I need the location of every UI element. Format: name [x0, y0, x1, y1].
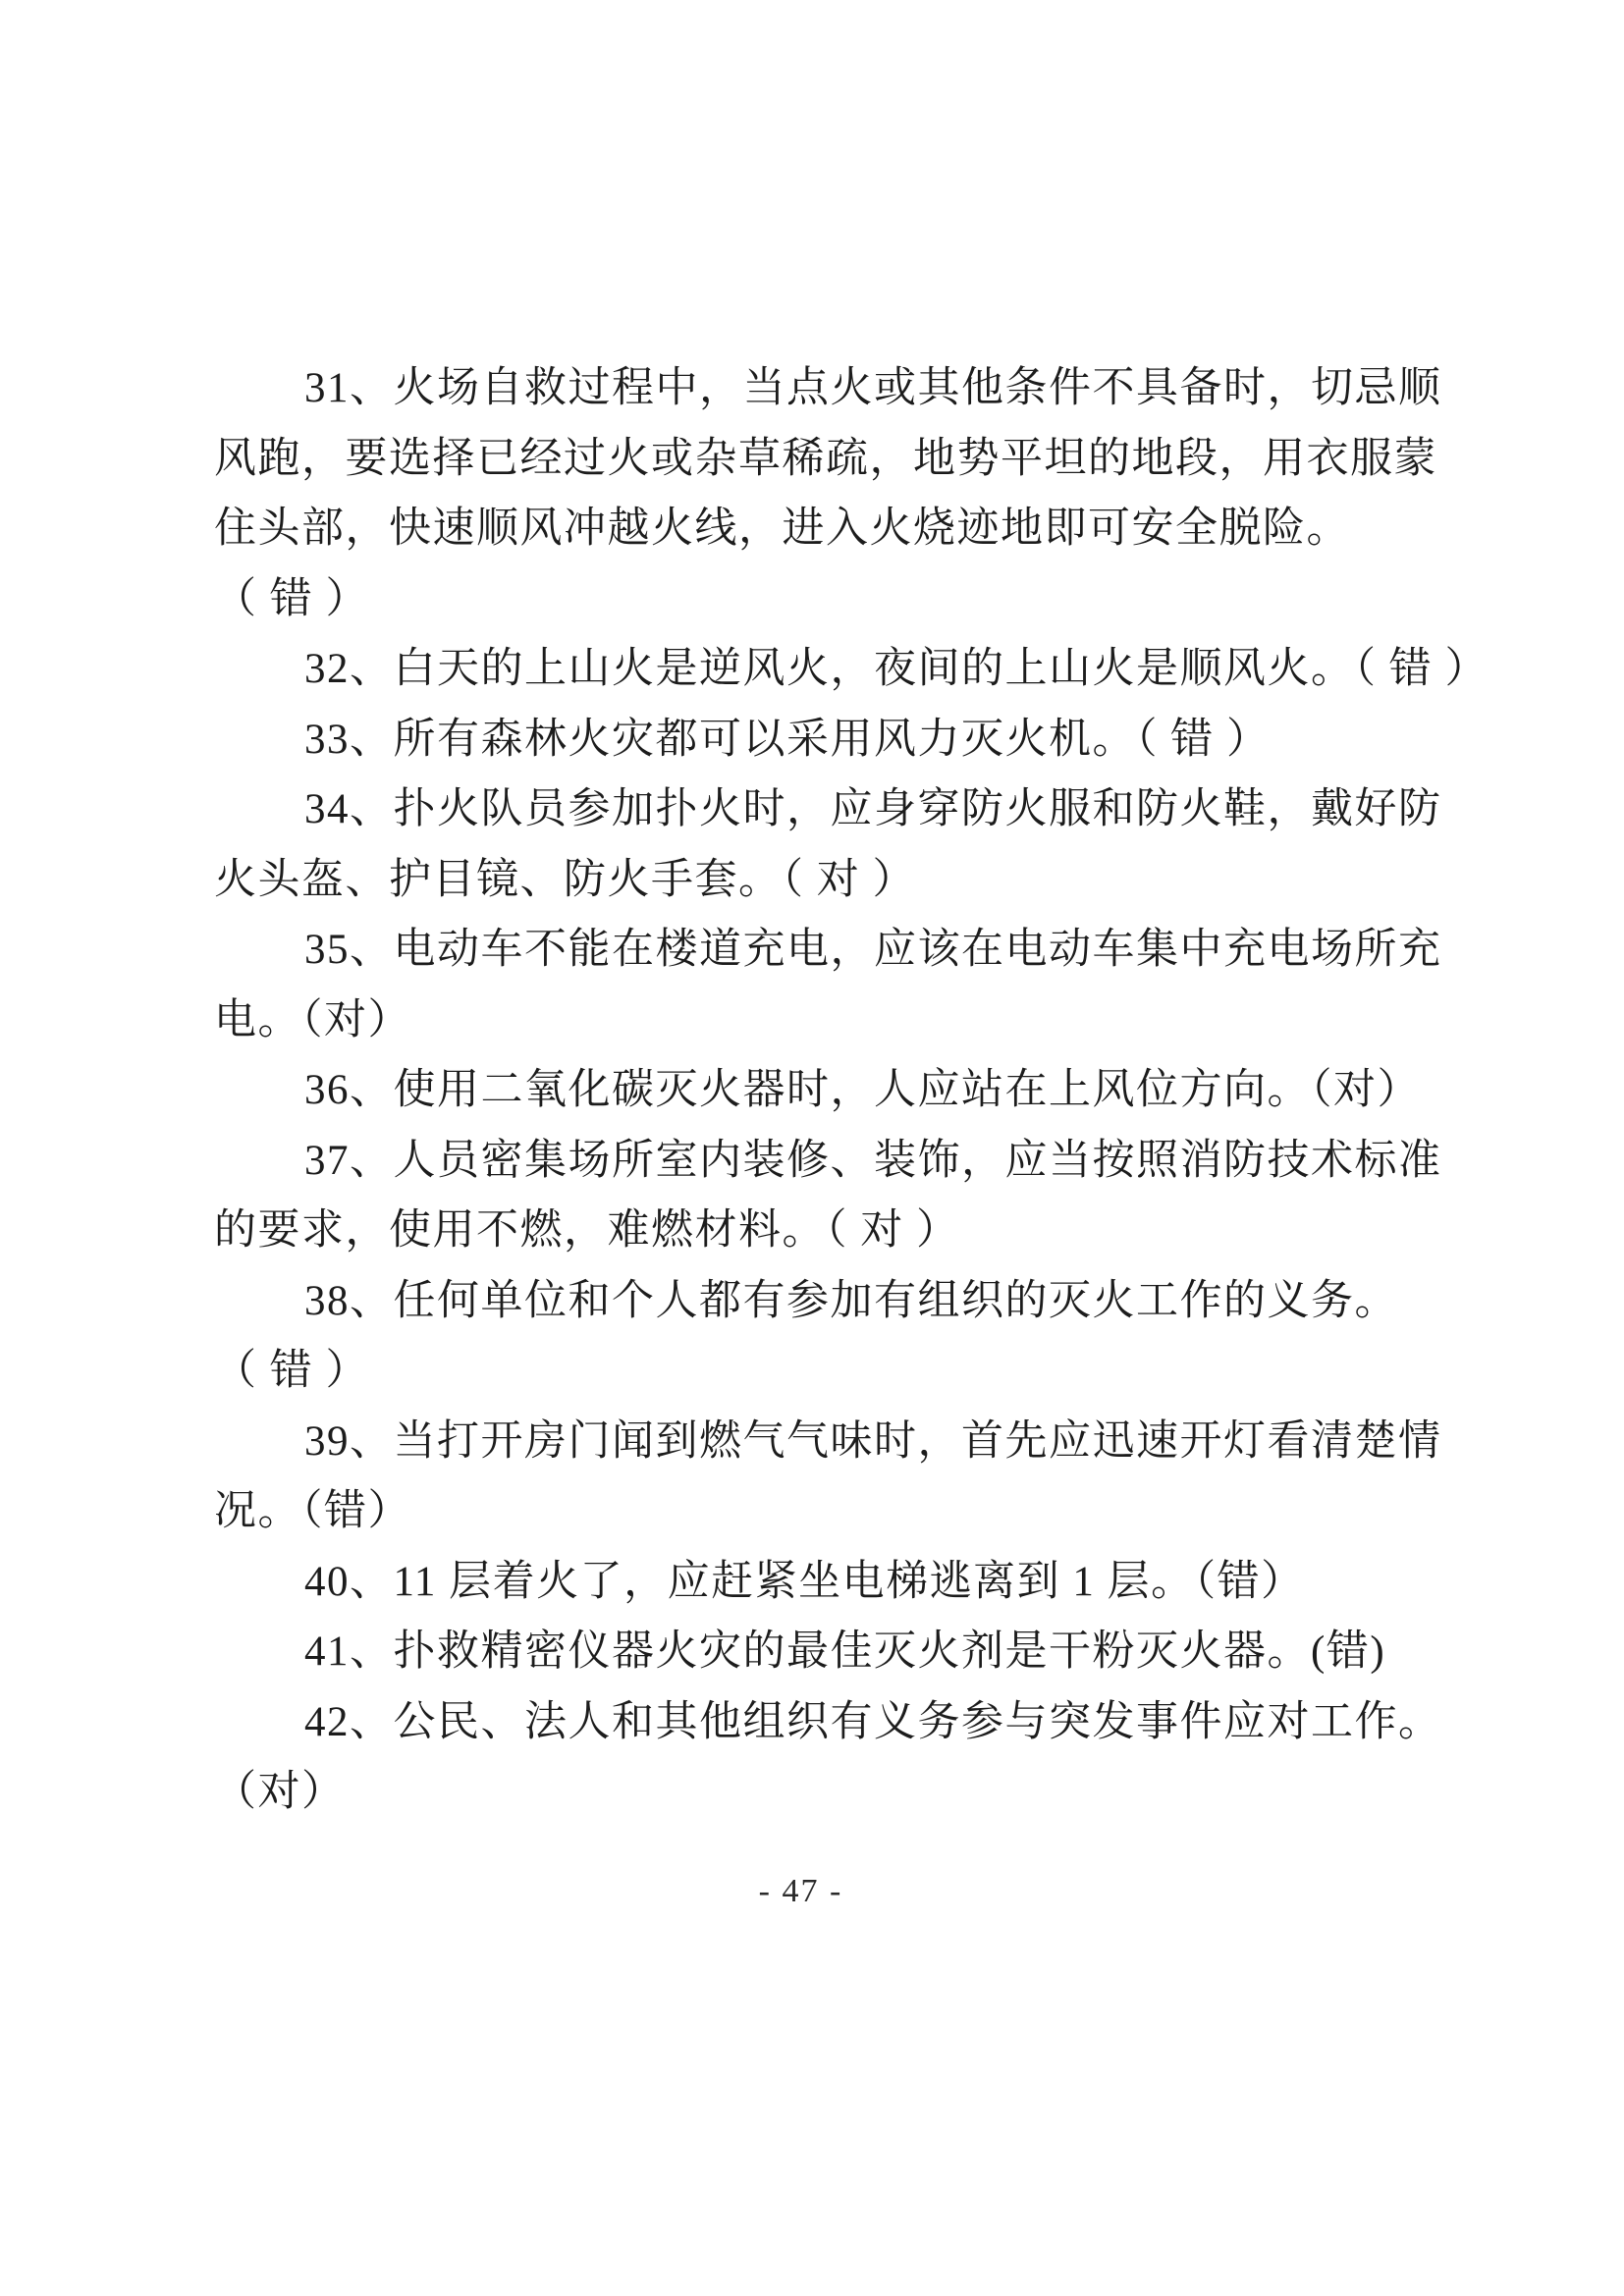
question-39-line-2: 况。（错）	[214, 1476, 1387, 1547]
question-38: 38、任何单位和个人都有参加有组织的灭火工作的义务。	[214, 1266, 1387, 1337]
question-31-answer: （ 错 ）	[214, 564, 1387, 635]
question-37-line-1: 37、人员密集场所室内装修、装饰，应当按照消防技术标准	[214, 1126, 1387, 1197]
question-35-line-2: 电。（对）	[214, 986, 1387, 1056]
question-37-line-2: 的要求，使用不燃，难燃材料。（ 对 ）	[214, 1196, 1387, 1266]
question-31-line-3: 住头部，快速顺风冲越火线，进入火烧迹地即可安全脱险。	[214, 494, 1387, 564]
question-40: 40、11 层着火了，应赶紧坐电梯逃离到 1 层。（错）	[214, 1547, 1387, 1618]
question-34-line-1: 34、扑火队员参加扑火时，应身穿防火服和防火鞋，戴好防	[214, 774, 1387, 845]
question-41: 41、扑救精密仪器火灾的最佳灭火剂是干粉灭火器。(错)	[214, 1617, 1387, 1687]
question-42-line-1: 42、公民、法人和其他组织有义务参与突发事件应对工作。	[214, 1687, 1387, 1758]
question-31-line-2: 风跑，要选择已经过火或杂草稀疏，地势平坦的地段，用衣服蒙	[214, 424, 1387, 495]
page-number: - 47 -	[214, 1873, 1387, 1910]
question-31-line-1: 31、火场自救过程中，当点火或其他条件不具备时，切忌顺	[214, 353, 1387, 424]
question-36: 36、使用二氧化碳灭火器时，人应站在上风位方向。（对）	[214, 1055, 1387, 1126]
question-33: 33、所有森林火灾都可以采用风力灭火机。（ 错 ）	[214, 705, 1387, 775]
question-42-answer: （对）	[214, 1757, 1387, 1828]
question-34-line-2: 火头盔、护目镜、防火手套。（ 对 ）	[214, 845, 1387, 916]
question-35-line-1: 35、电动车不能在楼道充电，应该在电动车集中充电场所充	[214, 915, 1387, 986]
question-38-answer: （ 错 ）	[214, 1336, 1387, 1407]
question-39-line-1: 39、当打开房门闻到燃气气味时，首先应迅速开灯看清楚情	[214, 1407, 1387, 1477]
document-page: 31、火场自救过程中，当点火或其他条件不具备时，切忌顺 风跑，要选择已经过火或杂…	[0, 0, 1624, 2296]
question-list: 31、火场自救过程中，当点火或其他条件不具备时，切忌顺 风跑，要选择已经过火或杂…	[214, 353, 1387, 1828]
question-32: 32、白天的上山火是逆风火，夜间的上山火是顺风火。（ 错 ）	[214, 634, 1387, 705]
